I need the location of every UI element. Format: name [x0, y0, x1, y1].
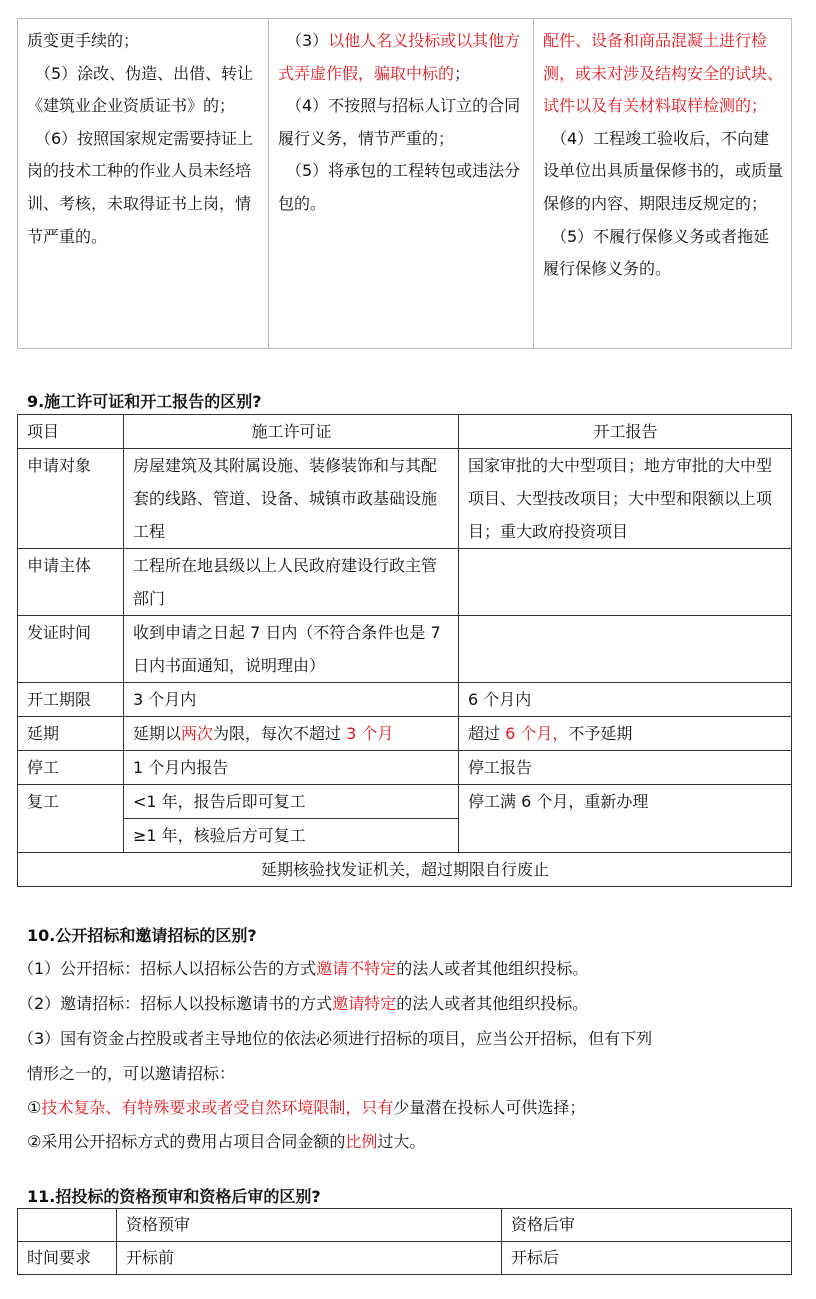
table-row: 时间要求 开标前 开标后 — [18, 1242, 792, 1275]
row-permit: 工程所在地县级以上人民政府建设行政主管部门 — [124, 549, 459, 616]
row-permit: 收到申请之日起 7 日内（不符合条件也是 7 日内书面通知，说明理由） — [124, 616, 459, 683]
highlight-3-months: 3 个月 — [346, 724, 393, 743]
col2-item-3-suffix: ； — [454, 64, 470, 83]
col2-item-5: （5）将承包的工程转包或违法分包的。 — [278, 155, 525, 220]
row-label: 时间要求 — [18, 1242, 117, 1275]
row-label: 停工 — [18, 751, 124, 785]
col1-item-6: （6）按照国家规定需要持证上岗的技术工种的作业人员未经培训、考核，未取得证书上岗… — [27, 123, 260, 253]
text: 的法人或者其他组织投标。 — [396, 994, 588, 1013]
footer-note: 延期核验找发证机关，超过期限自行废止 — [18, 853, 792, 887]
row-permit: 3 个月内 — [124, 683, 459, 717]
row-label: 复工 — [18, 785, 124, 853]
violations-col-1: 质变更手续的； （5）涂改、伪造、出借、转让《建筑业企业资质证书》的； （6）按… — [18, 19, 269, 349]
header-postqual: 资格后审 — [502, 1209, 792, 1242]
condition-1: ①技术复杂、有特殊要求或者受自然环境限制，只有少量潜在投标人可供选择； — [27, 1091, 585, 1125]
paragraph-3-line-1: （3）国有资金占控股或者主导地位的依法必须进行招标的项目，应当公开招标，但有下列 — [18, 1022, 652, 1056]
permit-vs-report-table: 项目 施工许可证 开工报告 申请对象 房屋建筑及其附属设施、装修装饰和与其配套的… — [17, 414, 792, 887]
row-permit: 房屋建筑及其附属设施、装修装饰和与其配套的线路、管道、设备、城镇市政基础设施工程 — [124, 449, 459, 549]
table-row: 申请对象 房屋建筑及其附属设施、装修装饰和与其配套的线路、管道、设备、城镇市政基… — [18, 449, 792, 549]
row-permit-a: <1 年，报告后即可复工 — [124, 785, 459, 819]
highlight: 邀请特定 — [332, 994, 396, 1013]
table-header-row: 项目 施工许可证 开工报告 — [18, 415, 792, 449]
highlight: 邀请不特定 — [316, 959, 396, 978]
row-postqual: 开标后 — [502, 1242, 792, 1275]
table-row: 发证时间 收到申请之日起 7 日内（不符合条件也是 7 日内书面通知，说明理由） — [18, 616, 792, 683]
row-report: 停工满 6 个月，重新办理 — [459, 785, 792, 853]
highlight: 技术复杂、有特殊要求或者受自然环境限制，只有 — [41, 1098, 393, 1117]
text: 过大。 — [377, 1132, 425, 1151]
header-permit: 施工许可证 — [124, 415, 459, 449]
col1-line: 质变更手续的； — [27, 31, 139, 50]
violations-table: 质变更手续的； （5）涂改、伪造、出借、转让《建筑业企业资质证书》的； （6）按… — [17, 18, 792, 349]
header-blank — [18, 1209, 117, 1242]
table-row: 申请主体 工程所在地县级以上人民政府建设行政主管部门 — [18, 549, 792, 616]
col2-item-4: （4）不按照与招标人订立的合同履行义务，情节严重的； — [278, 90, 525, 155]
table-row: 停工 1 个月内报告 停工报告 — [18, 751, 792, 785]
header-report: 开工报告 — [459, 415, 792, 449]
col1-item-5: （5）涂改、伪造、出借、转让《建筑业企业资质证书》的； — [27, 58, 260, 123]
text: 为限，每次不超过 — [213, 724, 346, 743]
col2-item-3: （3）以他人名义投标或以其他方式弄虚作假，骗取中标的； — [278, 25, 525, 90]
text: 的法人或者其他组织投标。 — [396, 959, 588, 978]
paragraph-1: （1）公开招标：招标人以招标公告的方式邀请不特定的法人或者其他组织投标。 — [18, 952, 588, 986]
paragraph-2: （2）邀请招标：招标人以投标邀请书的方式邀请特定的法人或者其他组织投标。 — [18, 987, 588, 1021]
col3-item-4: （4）工程竣工验收后，不向建设单位出具质量保修书的，或质量保修的内容、期限违反规… — [543, 123, 783, 221]
highlight: 比例 — [345, 1132, 377, 1151]
violations-col-2: （3）以他人名义投标或以其他方式弄虚作假，骗取中标的； （4）不按照与招标人订立… — [269, 19, 534, 349]
highlight-two-times: 两次 — [181, 724, 213, 743]
prequal-vs-postqual-table: 资格预审 资格后审 时间要求 开标前 开标后 — [17, 1208, 792, 1275]
row-report — [459, 549, 792, 616]
col3-highlight: 配件、设备和商品混凝土进行检测，或未对涉及结构安全的试块、试件以及有关材料取样检… — [543, 31, 783, 115]
text: （2）邀请招标：招标人以投标邀请书的方式 — [18, 994, 332, 1013]
table-row: 复工 <1 年，报告后即可复工 停工满 6 个月，重新办理 — [18, 785, 792, 819]
row-permit: 1 个月内报告 — [124, 751, 459, 785]
text: ① — [27, 1098, 41, 1117]
section-10-heading: 10.公开招标和邀请招标的区别? — [27, 923, 257, 946]
header-item: 项目 — [18, 415, 124, 449]
col3-item-5: （5）不履行保修义务或者拖延履行保修义务的。 — [543, 221, 783, 286]
row-permit-b: ≥1 年，核验后方可复工 — [124, 819, 459, 853]
col2-item-3-prefix: （3） — [286, 31, 328, 50]
text: 延期以 — [133, 724, 181, 743]
row-report: 6 个月内 — [459, 683, 792, 717]
text: 超过 — [468, 724, 505, 743]
row-label: 申请对象 — [18, 449, 124, 549]
text: （1）公开招标：招标人以招标公告的方式 — [18, 959, 316, 978]
text: 不予延期 — [568, 724, 632, 743]
table-footer-row: 延期核验找发证机关，超过期限自行废止 — [18, 853, 792, 887]
row-label: 开工期限 — [18, 683, 124, 717]
table-header-row: 资格预审 资格后审 — [18, 1209, 792, 1242]
row-report: 停工报告 — [459, 751, 792, 785]
row-report: 超过 6 个月，不予延期 — [459, 717, 792, 751]
paragraph-3-line-2: 情形之一的，可以邀请招标： — [27, 1057, 235, 1091]
header-prequal: 资格预审 — [117, 1209, 502, 1242]
table-row: 开工期限 3 个月内 6 个月内 — [18, 683, 792, 717]
row-permit: 延期以两次为限，每次不超过 3 个月 — [124, 717, 459, 751]
row-report: 国家审批的大中型项目；地方审批的大中型项目、大型技改项目；大中型和限额以上项目；… — [459, 449, 792, 549]
row-prequal: 开标前 — [117, 1242, 502, 1275]
highlight-6-months: 6 个月， — [505, 724, 568, 743]
row-label: 申请主体 — [18, 549, 124, 616]
table-row: 延期 延期以两次为限，每次不超过 3 个月 超过 6 个月，不予延期 — [18, 717, 792, 751]
section-11-heading: 11.招投标的资格预审和资格后审的区别? — [27, 1184, 321, 1207]
condition-2: ②采用公开招标方式的费用占项目合同金额的比例过大。 — [27, 1125, 425, 1159]
section-9-heading: 9.施工许可证和开工报告的区别? — [27, 389, 262, 412]
row-report — [459, 616, 792, 683]
row-label: 延期 — [18, 717, 124, 751]
row-label: 发证时间 — [18, 616, 124, 683]
violations-col-3: 配件、设备和商品混凝土进行检测，或未对涉及结构安全的试块、试件以及有关材料取样检… — [534, 19, 792, 349]
text: ②采用公开招标方式的费用占项目合同金额的 — [27, 1132, 345, 1151]
text: 少量潜在投标人可供选择； — [393, 1098, 585, 1117]
